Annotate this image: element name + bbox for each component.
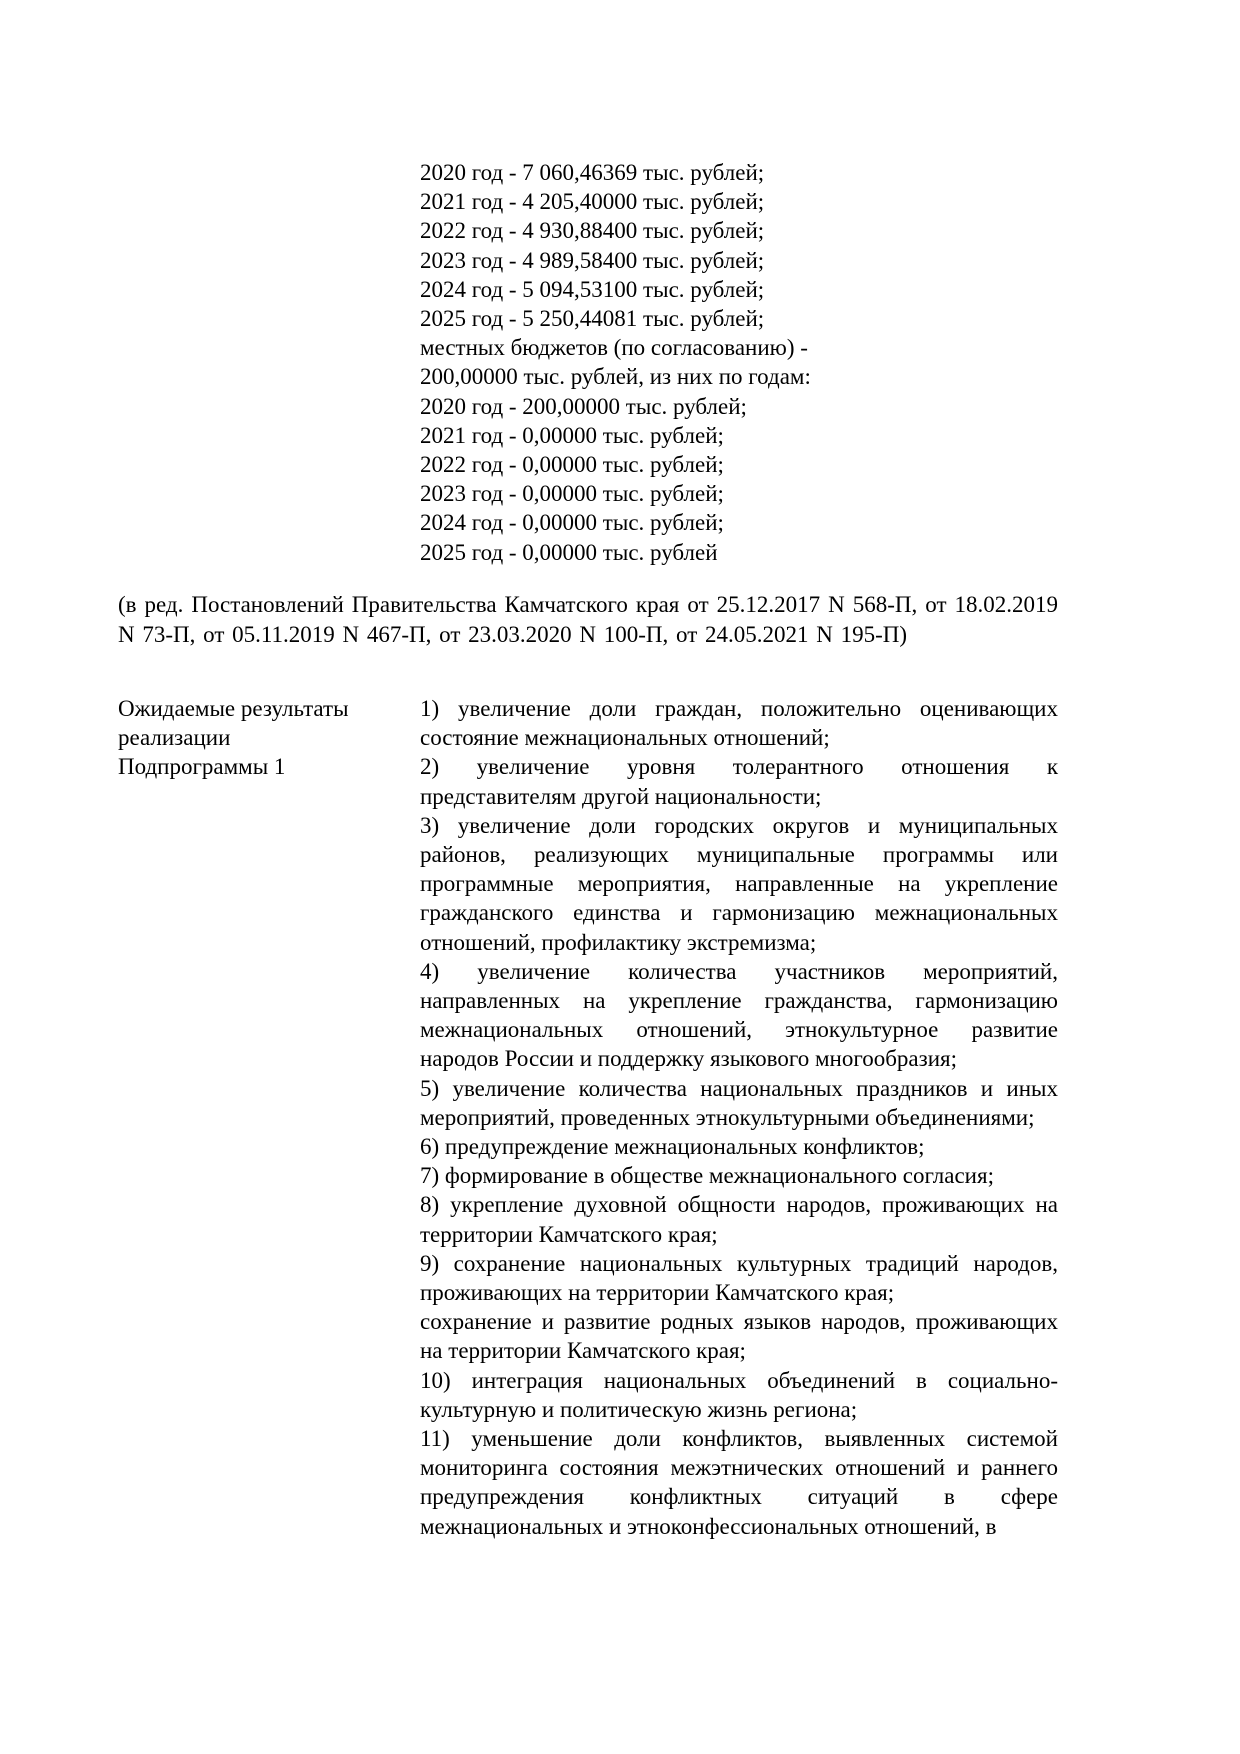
- results-items-cell: 1) увеличение доли граждан, положительно…: [420, 694, 1058, 1541]
- results-label-cell: Ожидаемые результаты реализации Подпрогр…: [118, 694, 420, 1541]
- result-item: 1) увеличение доли граждан, положительно…: [420, 694, 1058, 752]
- funding-line: 2024 год - 0,00000 тыс. рублей;: [420, 508, 1060, 537]
- funding-line: местных бюджетов (по согласованию) -: [420, 333, 1060, 362]
- result-item: 7) формирование в обществе межнациональн…: [420, 1161, 1058, 1190]
- funding-line: 2021 год - 4 205,40000 тыс. рублей;: [420, 187, 1060, 216]
- expected-results-table: Ожидаемые результаты реализации Подпрогр…: [118, 694, 1058, 1541]
- document-page: 2020 год - 7 060,46369 тыс. рублей; 2021…: [0, 0, 1240, 1754]
- funding-line: 2024 год - 5 094,53100 тыс. рублей;: [420, 275, 1060, 304]
- results-label-line: реализации: [118, 723, 420, 752]
- results-label-line: Подпрограммы 1: [118, 752, 420, 781]
- funding-line: 2020 год - 200,00000 тыс. рублей;: [420, 392, 1060, 421]
- funding-line: 2021 год - 0,00000 тыс. рублей;: [420, 421, 1060, 450]
- result-item: 8) укрепление духовной общности народов,…: [420, 1190, 1058, 1248]
- result-item: 4) увеличение количества участников меро…: [420, 957, 1058, 1074]
- funding-line: 2025 год - 5 250,44081 тыс. рублей;: [420, 304, 1060, 333]
- result-item: 9) сохранение национальных культурных тр…: [420, 1249, 1058, 1307]
- funding-line: 2022 год - 0,00000 тыс. рублей;: [420, 450, 1060, 479]
- funding-line: 2025 год - 0,00000 тыс. рублей: [420, 538, 1060, 567]
- result-item: 6) предупреждение межнациональных конфли…: [420, 1132, 1058, 1161]
- funding-line: 200,00000 тыс. рублей, из них по годам:: [420, 362, 1060, 391]
- result-item: 2) увеличение уровня толерантного отноше…: [420, 752, 1058, 810]
- result-item: 5) увеличение количества национальных пр…: [420, 1074, 1058, 1132]
- result-item: сохранение и развитие родных языков наро…: [420, 1307, 1058, 1365]
- result-item: 10) интеграция национальных объединений …: [420, 1366, 1058, 1424]
- result-item: 11) уменьшение доли конфликтов, выявленн…: [420, 1424, 1058, 1541]
- funding-line: 2020 год - 7 060,46369 тыс. рублей;: [420, 158, 1060, 187]
- funding-line: 2022 год - 4 930,88400 тыс. рублей;: [420, 216, 1060, 245]
- funding-line: 2023 год - 4 989,58400 тыс. рублей;: [420, 246, 1060, 275]
- results-label-line: Ожидаемые результаты: [118, 694, 420, 723]
- funding-line: 2023 год - 0,00000 тыс. рублей;: [420, 479, 1060, 508]
- funding-by-year-list: 2020 год - 7 060,46369 тыс. рублей; 2021…: [420, 158, 1060, 567]
- amendment-note: (в ред. Постановлений Правительства Камч…: [118, 590, 1058, 649]
- result-item: 3) увеличение доли городских округов и м…: [420, 811, 1058, 957]
